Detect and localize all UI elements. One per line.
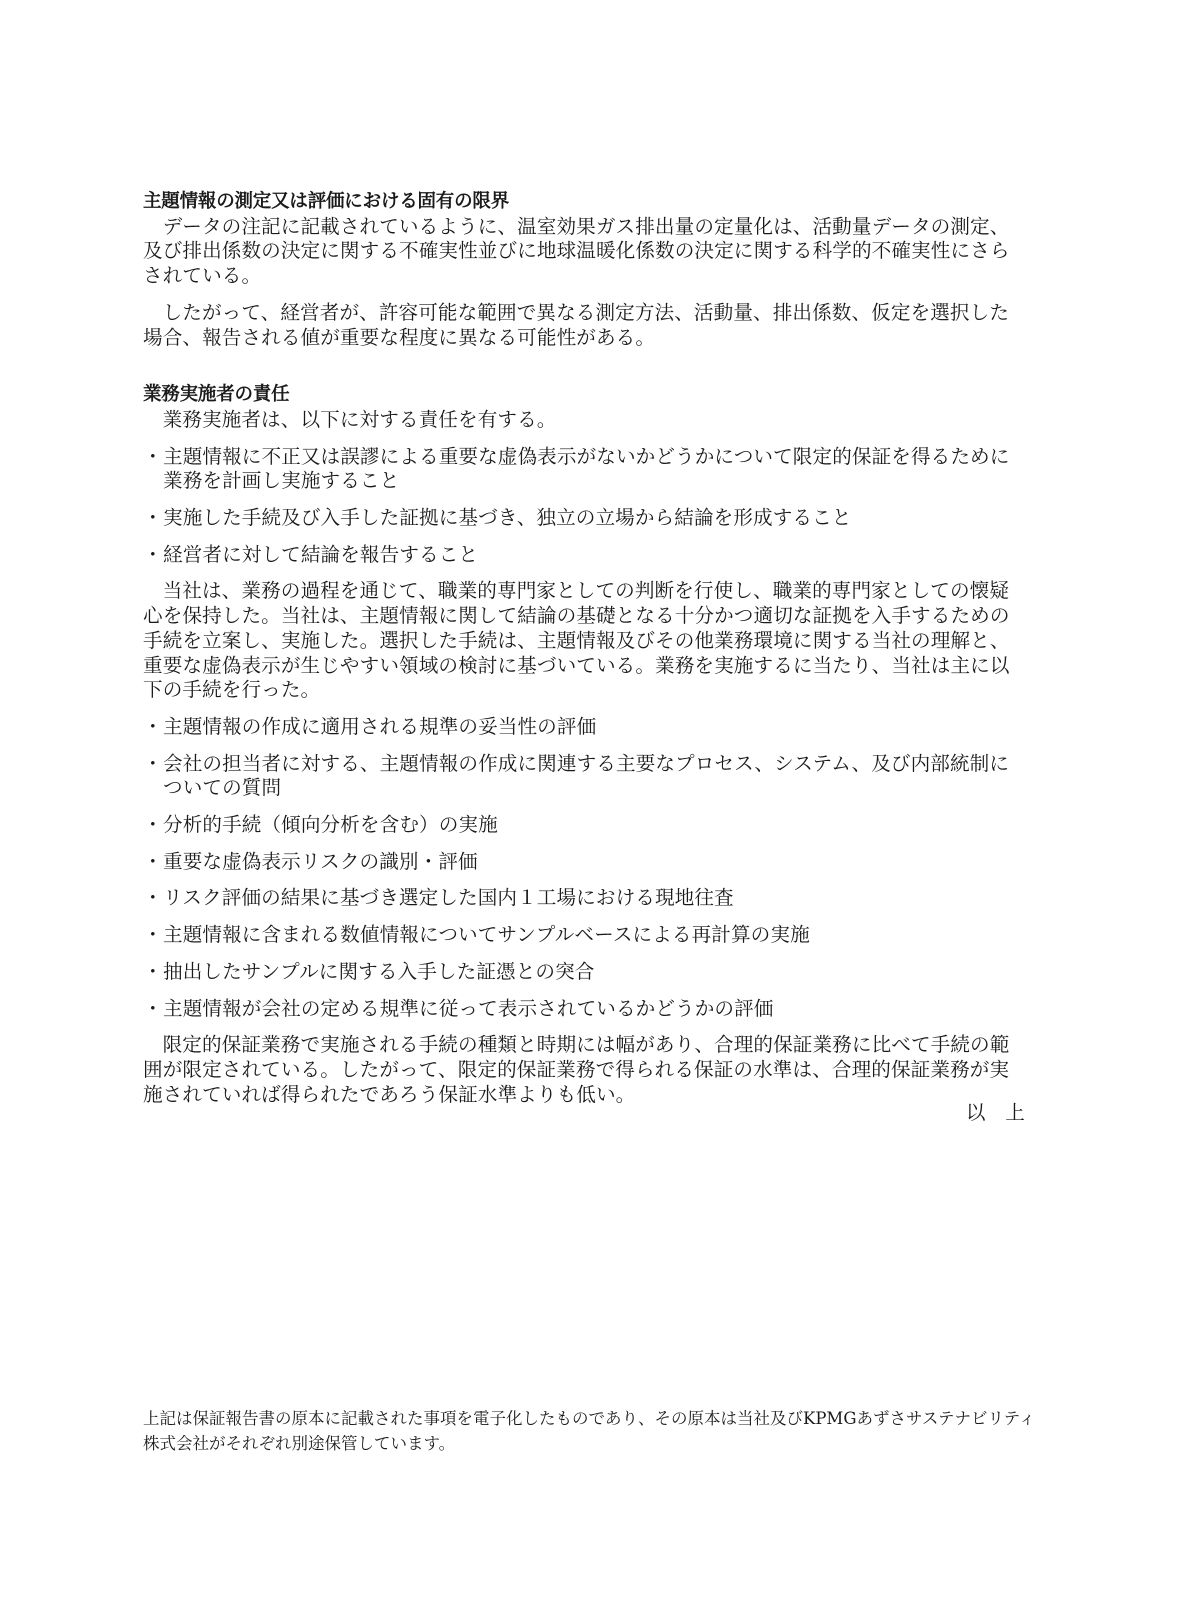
duty-list-item: ・ 実施した手続及び入手した証拠に基づき、独立の立場から結論を形成すること: [143, 506, 1025, 531]
procedure-list-item: ・ 重要な虚偽表示リスクの識別・評価: [143, 850, 1025, 875]
bullet-icon: ・: [143, 813, 163, 838]
procedure-text: 抽出したサンプルに関する入手した証憑との突合: [163, 960, 1025, 985]
procedures-paragraph: 当社は、業務の過程を通じて、職業的専門家としての判断を行使し、職業的専門家として…: [143, 579, 1025, 703]
procedure-text: 主題情報が会社の定める規準に従って表示されているかどうかの評価: [163, 997, 1025, 1022]
bullet-icon: ・: [143, 445, 163, 494]
closing-mark: 以 上: [143, 1101, 1025, 1126]
document-body: 主題情報の測定又は評価における固有の限界 データの注記に記載されているように、温…: [143, 190, 1025, 1107]
procedure-text: リスク評価の結果に基づき選定した国内１工場における現地往査: [163, 886, 1025, 911]
footer-note: 上記は保証報告書の原本に記載された事項を電子化したものであり、その原本は当社及び…: [143, 1407, 1043, 1456]
bullet-icon: ・: [143, 886, 163, 911]
procedure-list-item: ・ 主題情報に含まれる数値情報についてサンプルベースによる再計算の実施: [143, 923, 1025, 948]
duty-text: 実施した手続及び入手した証拠に基づき、独立の立場から結論を形成すること: [163, 506, 1025, 531]
duty-text: 経営者に対して結論を報告すること: [163, 543, 1025, 568]
bullet-icon: ・: [143, 997, 163, 1022]
section-title-inherent-limitations: 主題情報の測定又は評価における固有の限界: [143, 190, 1025, 215]
bullet-icon: ・: [143, 923, 163, 948]
procedure-list-item: ・ 分析的手続（傾向分析を含む）の実施: [143, 813, 1025, 838]
bullet-icon: ・: [143, 850, 163, 875]
bullet-icon: ・: [143, 960, 163, 985]
duty-list-item: ・ 主題情報に不正又は誤謬による重要な虚偽表示がないかどうかについて限定的保証を…: [143, 445, 1025, 494]
procedure-list-item: ・ 主題情報が会社の定める規準に従って表示されているかどうかの評価: [143, 997, 1025, 1022]
procedure-text: 主題情報の作成に適用される規準の妥当性の評価: [163, 715, 1025, 740]
bullet-icon: ・: [143, 715, 163, 740]
footer-line-2: 株式会社がそれぞれ別途保管しています。: [143, 1432, 1043, 1457]
procedure-list-item: ・ リスク評価の結果に基づき選定した国内１工場における現地往査: [143, 886, 1025, 911]
limitations-paragraph-1: データの注記に記載されているように、温室効果ガス排出量の定量化は、活動量データの…: [143, 215, 1025, 289]
section-title-practitioner-responsibility: 業務実施者の責任: [143, 383, 1025, 408]
duty-list-item: ・ 経営者に対して結論を報告すること: [143, 543, 1025, 568]
limited-assurance-paragraph: 限定的保証業務で実施される手続の種類と時期には幅があり、合理的保証業務に比べて手…: [143, 1033, 1025, 1107]
bullet-icon: ・: [143, 543, 163, 568]
bullet-icon: ・: [143, 506, 163, 531]
footer-line-1: 上記は保証報告書の原本に記載された事項を電子化したものであり、その原本は当社及び…: [143, 1407, 1043, 1432]
procedure-list-item: ・ 会社の担当者に対する、主題情報の作成に関連する主要なプロセス、システム、及び…: [143, 752, 1025, 801]
limitations-paragraph-2: したがって、経営者が、許容可能な範囲で異なる測定方法、活動量、排出係数、仮定を選…: [143, 301, 1025, 350]
procedure-text: 分析的手続（傾向分析を含む）の実施: [163, 813, 1025, 838]
procedure-text: 重要な虚偽表示リスクの識別・評価: [163, 850, 1025, 875]
responsibility-intro: 業務実施者は、以下に対する責任を有する。: [143, 408, 1025, 433]
bullet-icon: ・: [143, 752, 163, 801]
procedure-list-item: ・ 抽出したサンプルに関する入手した証憑との突合: [143, 960, 1025, 985]
procedure-text: 主題情報に含まれる数値情報についてサンプルベースによる再計算の実施: [163, 923, 1025, 948]
duty-text: 主題情報に不正又は誤謬による重要な虚偽表示がないかどうかについて限定的保証を得る…: [163, 445, 1025, 494]
procedure-list-item: ・ 主題情報の作成に適用される規準の妥当性の評価: [143, 715, 1025, 740]
procedure-text: 会社の担当者に対する、主題情報の作成に関連する主要なプロセス、システム、及び内部…: [163, 752, 1025, 801]
